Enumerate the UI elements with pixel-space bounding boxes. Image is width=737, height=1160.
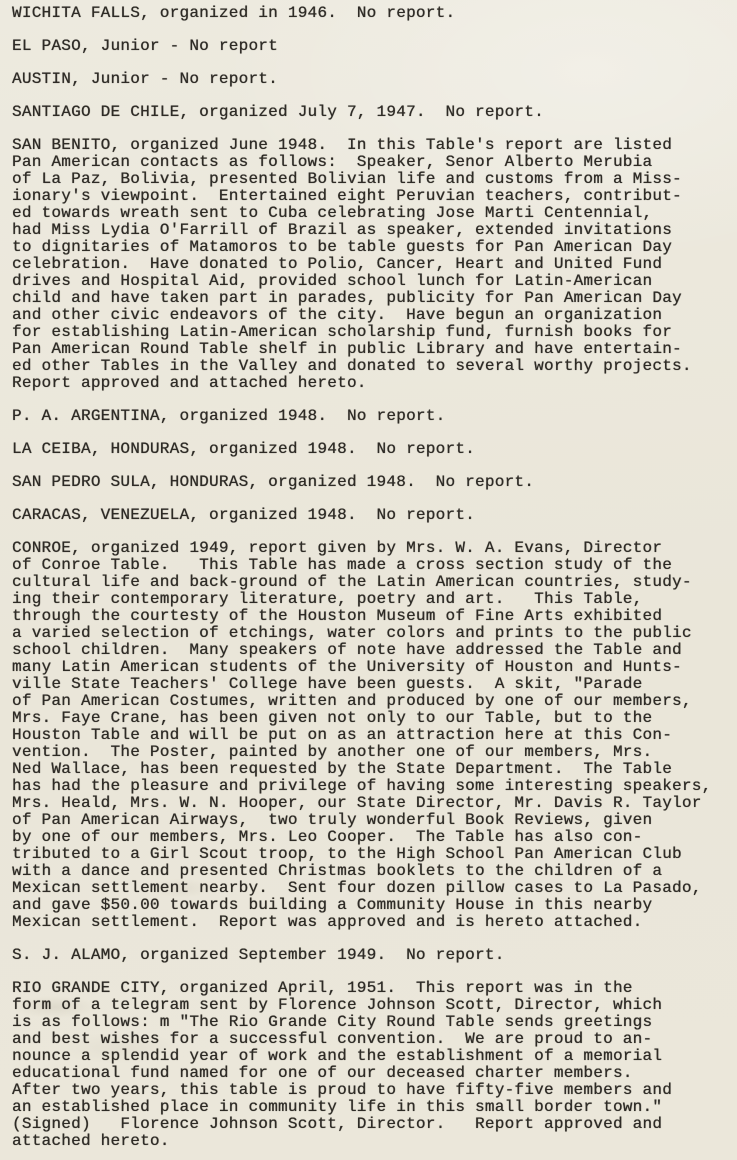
document-body: WICHITA FALLS, organized in 1946. No rep… — [12, 5, 731, 1150]
paragraph: P. A. ARGENTINA, organized 1948. No repo… — [12, 408, 731, 425]
paragraph: CONROE, organized 1949, report given by … — [12, 540, 731, 931]
scanned-page: WICHITA FALLS, organized in 1946. No rep… — [0, 0, 737, 1160]
paragraph: SAN BENITO, organized June 1948. In this… — [12, 137, 731, 392]
paragraph: RIO GRANDE CITY, organized April, 1951. … — [12, 980, 731, 1150]
paragraph: AUSTIN, Junior - No report. — [12, 71, 731, 88]
paragraph: LA CEIBA, HONDURAS, organized 1948. No r… — [12, 441, 731, 458]
paragraph: S. J. ALAMO, organized September 1949. N… — [12, 947, 731, 964]
paragraph: SAN PEDRO SULA, HONDURAS, organized 1948… — [12, 474, 731, 491]
paragraph: CARACAS, VENEZUELA, organized 1948. No r… — [12, 507, 731, 524]
paragraph: WICHITA FALLS, organized in 1946. No rep… — [12, 5, 731, 22]
paragraph: EL PASO, Junior - No report — [12, 38, 731, 55]
paragraph: SANTIAGO DE CHILE, organized July 7, 194… — [12, 104, 731, 121]
